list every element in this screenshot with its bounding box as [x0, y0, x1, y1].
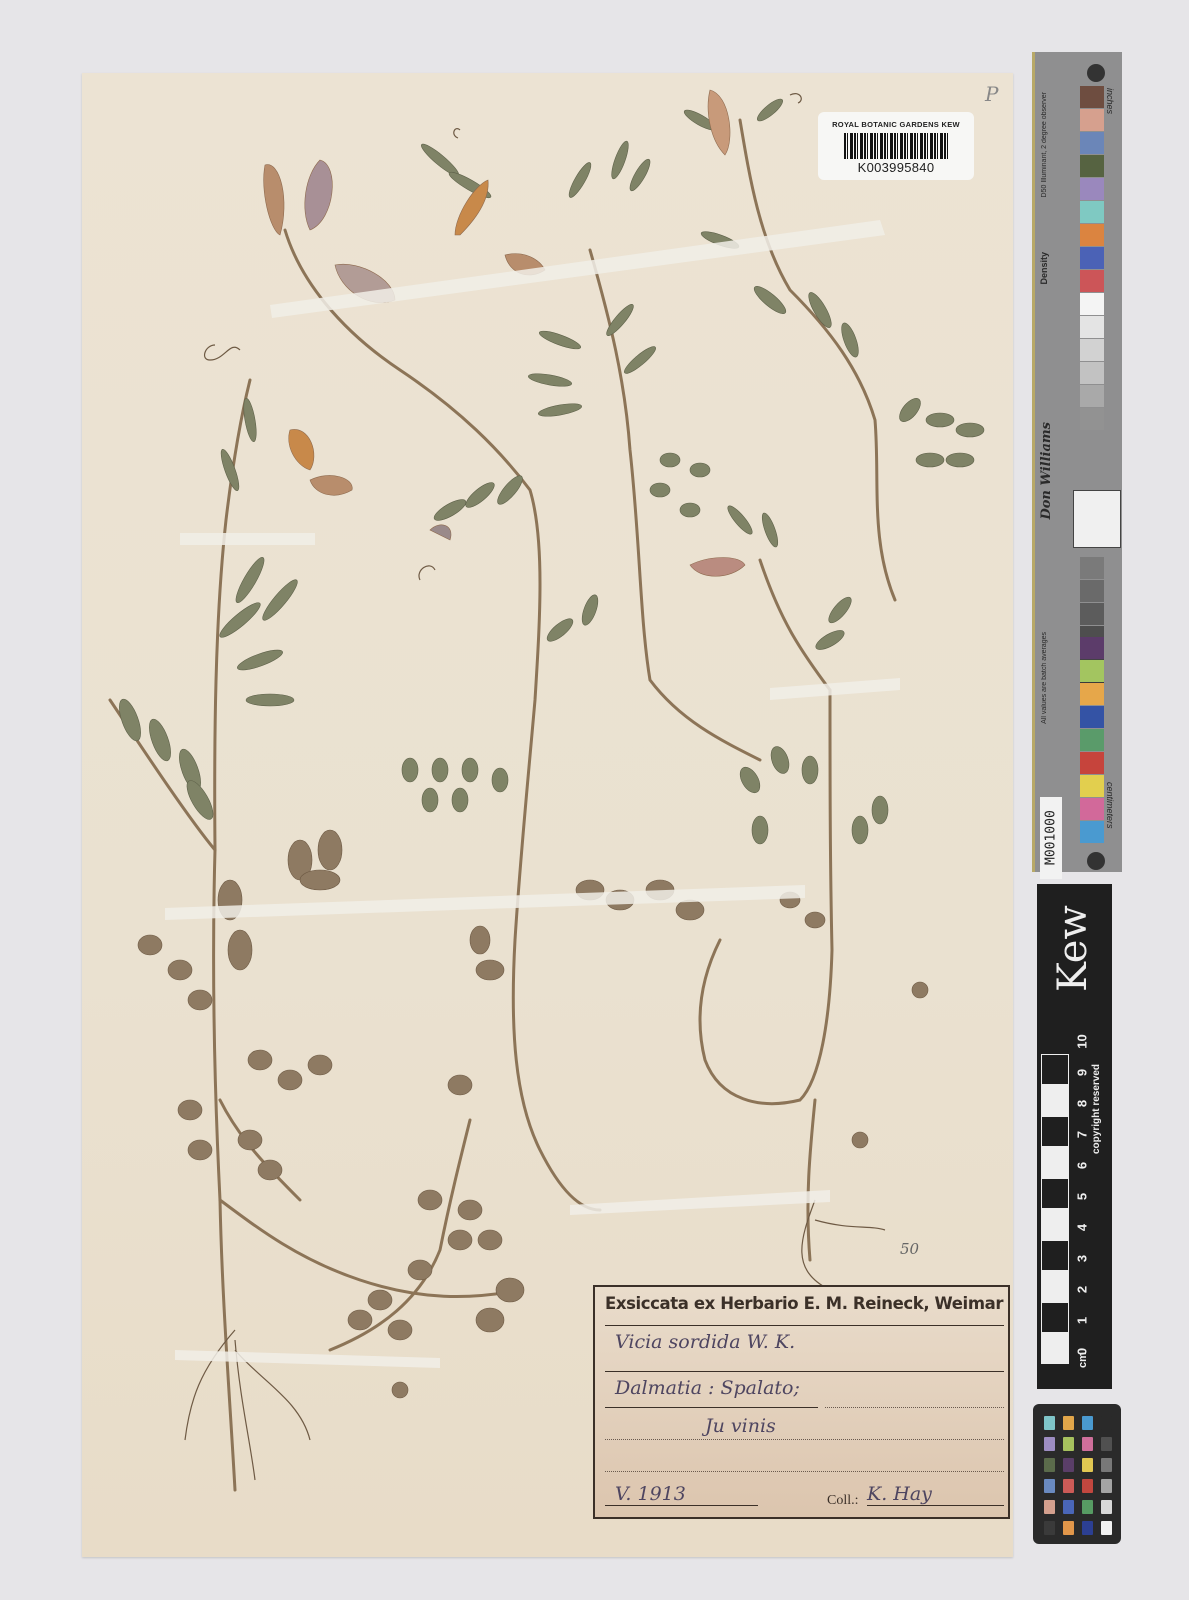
- kew-logo: Kew: [1043, 894, 1103, 1004]
- colour-patch: [1080, 132, 1104, 154]
- colour-patch: [1080, 224, 1104, 246]
- scale-tick-label: 2: [1075, 1281, 1090, 1299]
- label-rule: [605, 1407, 818, 1408]
- inches-label: inches: [1105, 88, 1115, 114]
- colour-patch: [1080, 706, 1104, 728]
- sheet-mark-p: P: [985, 82, 998, 106]
- colour-chip: [1082, 1437, 1093, 1451]
- colour-patch: [1080, 201, 1104, 223]
- scale-segment: [1041, 1054, 1069, 1085]
- barcode-number: K003995840: [858, 160, 935, 175]
- colour-chip: [1082, 1500, 1093, 1514]
- grey-patch: [1080, 580, 1104, 602]
- ruler-id: M001000: [1040, 797, 1062, 879]
- colour-patch: [1080, 247, 1104, 269]
- colour-chip: [1101, 1416, 1112, 1430]
- colour-chip: [1082, 1521, 1093, 1535]
- colour-chip: [1082, 1416, 1093, 1430]
- colour-chip: [1044, 1479, 1055, 1493]
- colour-patch: [1080, 339, 1104, 361]
- determination-label: Exsiccata ex Herbario E. M. Reineck, Wei…: [593, 1285, 1010, 1519]
- habitat-note: Ju vinis: [705, 1415, 776, 1437]
- grey-patch: [1080, 557, 1104, 579]
- colour-patch: [1080, 775, 1104, 797]
- colour-patch: [1080, 821, 1104, 843]
- colour-patch: [1080, 729, 1104, 751]
- colour-chip: [1063, 1458, 1074, 1472]
- colour-patch: [1080, 637, 1104, 659]
- locality: Dalmatia : Spalato;: [615, 1377, 800, 1399]
- colour-chip: [1063, 1521, 1074, 1535]
- colour-chip: [1063, 1416, 1074, 1430]
- scale-unit: cm: [1077, 1352, 1089, 1368]
- ruler-target-dot: [1087, 64, 1105, 82]
- scale-segment: [1041, 1302, 1069, 1333]
- colour-patch: [1080, 86, 1104, 108]
- label-rule: [867, 1505, 1004, 1506]
- colour-chip: [1101, 1479, 1112, 1493]
- ruler-brand: Don Williams: [1039, 422, 1054, 520]
- barcode: [844, 133, 948, 159]
- collector-prefix: Coll.:: [827, 1493, 859, 1509]
- scale-segment: [1041, 1178, 1069, 1209]
- colour-chip: [1044, 1437, 1055, 1451]
- scale-segment: [1041, 1333, 1069, 1364]
- ruler-target-dot: [1087, 852, 1105, 870]
- scale-tick-label: 10: [1075, 1033, 1090, 1051]
- colour-chip: [1044, 1521, 1055, 1535]
- colour-patch: [1080, 385, 1104, 407]
- values-note: All values are batch averages: [1041, 632, 1048, 724]
- colour-patch: [1080, 752, 1104, 774]
- colour-ruler: inches D50 Illuminant, 2 degree observer…: [1032, 52, 1122, 872]
- label-dotted-rule: [605, 1439, 1004, 1440]
- scale-tick-label: 5: [1075, 1188, 1090, 1206]
- kew-scale-bar: Kew copyright reserved 012345678910 cm: [1037, 884, 1112, 1389]
- scale-segment: [1041, 1147, 1069, 1178]
- colour-patch: [1080, 178, 1104, 200]
- institution-name: ROYAL BOTANIC GARDENS KEW: [832, 120, 960, 129]
- illuminant-note: D50 Illuminant, 2 degree observer: [1041, 92, 1048, 197]
- colour-patch: [1080, 683, 1104, 705]
- ruler-resolution-target: [1073, 490, 1121, 548]
- scale-tick-label: 9: [1075, 1064, 1090, 1082]
- colour-patch: [1080, 155, 1104, 177]
- scale-tick-label: 3: [1075, 1250, 1090, 1268]
- colour-chip: [1082, 1458, 1093, 1472]
- scale-segment: [1041, 1240, 1069, 1271]
- collector-name: K. Hay: [867, 1483, 932, 1505]
- colour-patch: [1080, 798, 1104, 820]
- copyright-notice: copyright reserved: [1091, 1024, 1102, 1194]
- scale-segment: [1041, 1209, 1069, 1240]
- scale-tick-label: 1: [1075, 1312, 1090, 1330]
- label-header: Exsiccata ex Herbario E. M. Reineck, Wei…: [595, 1287, 1008, 1313]
- colour-patch: [1080, 660, 1104, 682]
- colour-chip: [1063, 1479, 1074, 1493]
- colour-chip: [1044, 1416, 1055, 1430]
- colour-chip: [1082, 1479, 1093, 1493]
- label-dotted-rule: [605, 1471, 1004, 1472]
- colour-checker: [1033, 1404, 1121, 1544]
- colour-patch: [1080, 316, 1104, 338]
- colour-patch: [1080, 109, 1104, 131]
- label-rule: [605, 1505, 758, 1506]
- colour-chip: [1044, 1458, 1055, 1472]
- scale-segment: [1041, 1116, 1069, 1147]
- scale-tick-label: 8: [1075, 1095, 1090, 1113]
- scale-tick-label: 6: [1075, 1157, 1090, 1175]
- centimeters-label: centimeters: [1105, 782, 1115, 829]
- colour-chip: [1101, 1458, 1112, 1472]
- scale-numbers: 012345678910: [1073, 1024, 1091, 1384]
- scale-segment: [1041, 1085, 1069, 1116]
- collection-date: V. 1913: [615, 1483, 686, 1505]
- label-rule: [605, 1325, 1004, 1326]
- colour-chip: [1101, 1521, 1112, 1535]
- grey-patch: [1080, 603, 1104, 625]
- colour-chip: [1044, 1500, 1055, 1514]
- taxon-name: Vicia sordida W. K.: [615, 1331, 795, 1353]
- scale-tick-label: 4: [1075, 1219, 1090, 1237]
- colour-patch: [1080, 270, 1104, 292]
- colour-chip: [1063, 1500, 1074, 1514]
- colour-patch: [1080, 408, 1104, 430]
- label-rule: [605, 1371, 1004, 1372]
- scale-segment: [1041, 1271, 1069, 1302]
- scale-tick-label: 7: [1075, 1126, 1090, 1144]
- colour-chip: [1101, 1437, 1112, 1451]
- colour-patch: [1080, 293, 1104, 315]
- colour-patch: [1080, 362, 1104, 384]
- barcode-label: ROYAL BOTANIC GARDENS KEW K003995840: [818, 112, 974, 180]
- density-label: Density: [1039, 252, 1049, 285]
- colour-chip: [1063, 1437, 1074, 1451]
- label-dotted-rule: [825, 1407, 1004, 1408]
- colour-chip: [1101, 1500, 1112, 1514]
- sheet-mark-50: 50: [900, 1240, 919, 1258]
